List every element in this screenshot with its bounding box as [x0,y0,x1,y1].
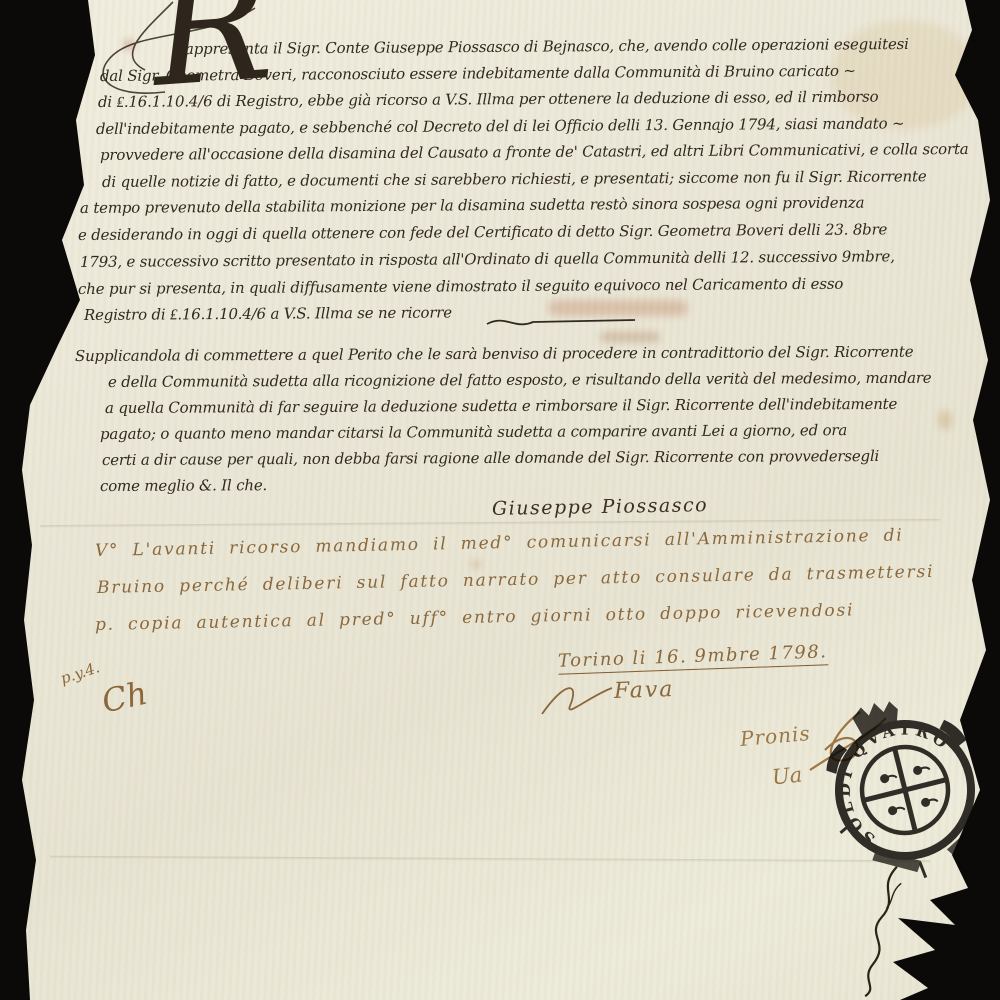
decree-line: V° L'avanti ricorso mandiamo il med° com… [95,525,904,561]
plea-line: Supplicandola di commettere a quel Perit… [75,343,913,365]
plea-line: come meglio &. Il che. [100,476,267,495]
ink-smudge-small [600,332,660,342]
petition-line: di ₤.16.1.10.4/6 di Registro, ebbe già r… [98,88,879,112]
paragraph-end-flourish [485,312,645,332]
petition-line: 1793, e successivo scritto presentato in… [80,247,895,271]
countersignature-paraph: Ua [771,762,804,789]
decree-line: Bruino perché deliberi sul fatto narrato… [97,562,935,598]
decree-line: p. copia autentica al pred° uff° entro g… [95,600,855,635]
petition-line: Registro di ₤.16.1.10.4/6 a V.S. Illma s… [84,303,452,325]
clerk-initials: Ch [99,674,151,721]
petition-line: appresenta il Sigr. Conte Giuseppe Pioss… [185,35,909,58]
scanned-manuscript-page: R appresenta il Sigr. Conte Giuseppe Pio… [0,0,1000,1000]
foxing-spot [938,410,952,430]
registry-mark: p.y.4. [58,658,102,687]
signature-paraph [540,676,620,721]
paper-sheet: R appresenta il Sigr. Conte Giuseppe Pio… [0,0,1000,1000]
petitioner-signature: Giuseppe Piossasco [492,494,708,520]
petition-line: di quelle notizie di fatto, e documenti … [102,167,927,191]
dateline: Torino li 16. 9mbre 1798. [558,641,828,674]
petition-line: provvedere all'occasione della disamina … [100,140,969,164]
plea-line: e della Communità sudetta alla ricognizi… [108,369,932,391]
petition-line: che pur si presenta, in quali diffusamen… [78,275,843,298]
torn-edge-writing [856,862,916,1000]
fold-crease [50,856,930,864]
petition-line: dal Sigr. Geometra Boveri, racconosciuto… [100,62,856,85]
petition-line: a tempo prevenuto della stabilita monizi… [80,194,864,217]
plea-line: pagato; o quanto meno mandar citarsi la … [100,421,847,443]
plea-line: certi a dir cause per quali, non debba f… [102,447,879,469]
petition-line: e desiderando in oggi di quella ottenere… [78,220,887,244]
official-signature-fava: Fava [614,677,675,704]
plea-line: a quella Communità di far seguire la ded… [105,395,897,417]
foxing-spot [470,560,482,569]
